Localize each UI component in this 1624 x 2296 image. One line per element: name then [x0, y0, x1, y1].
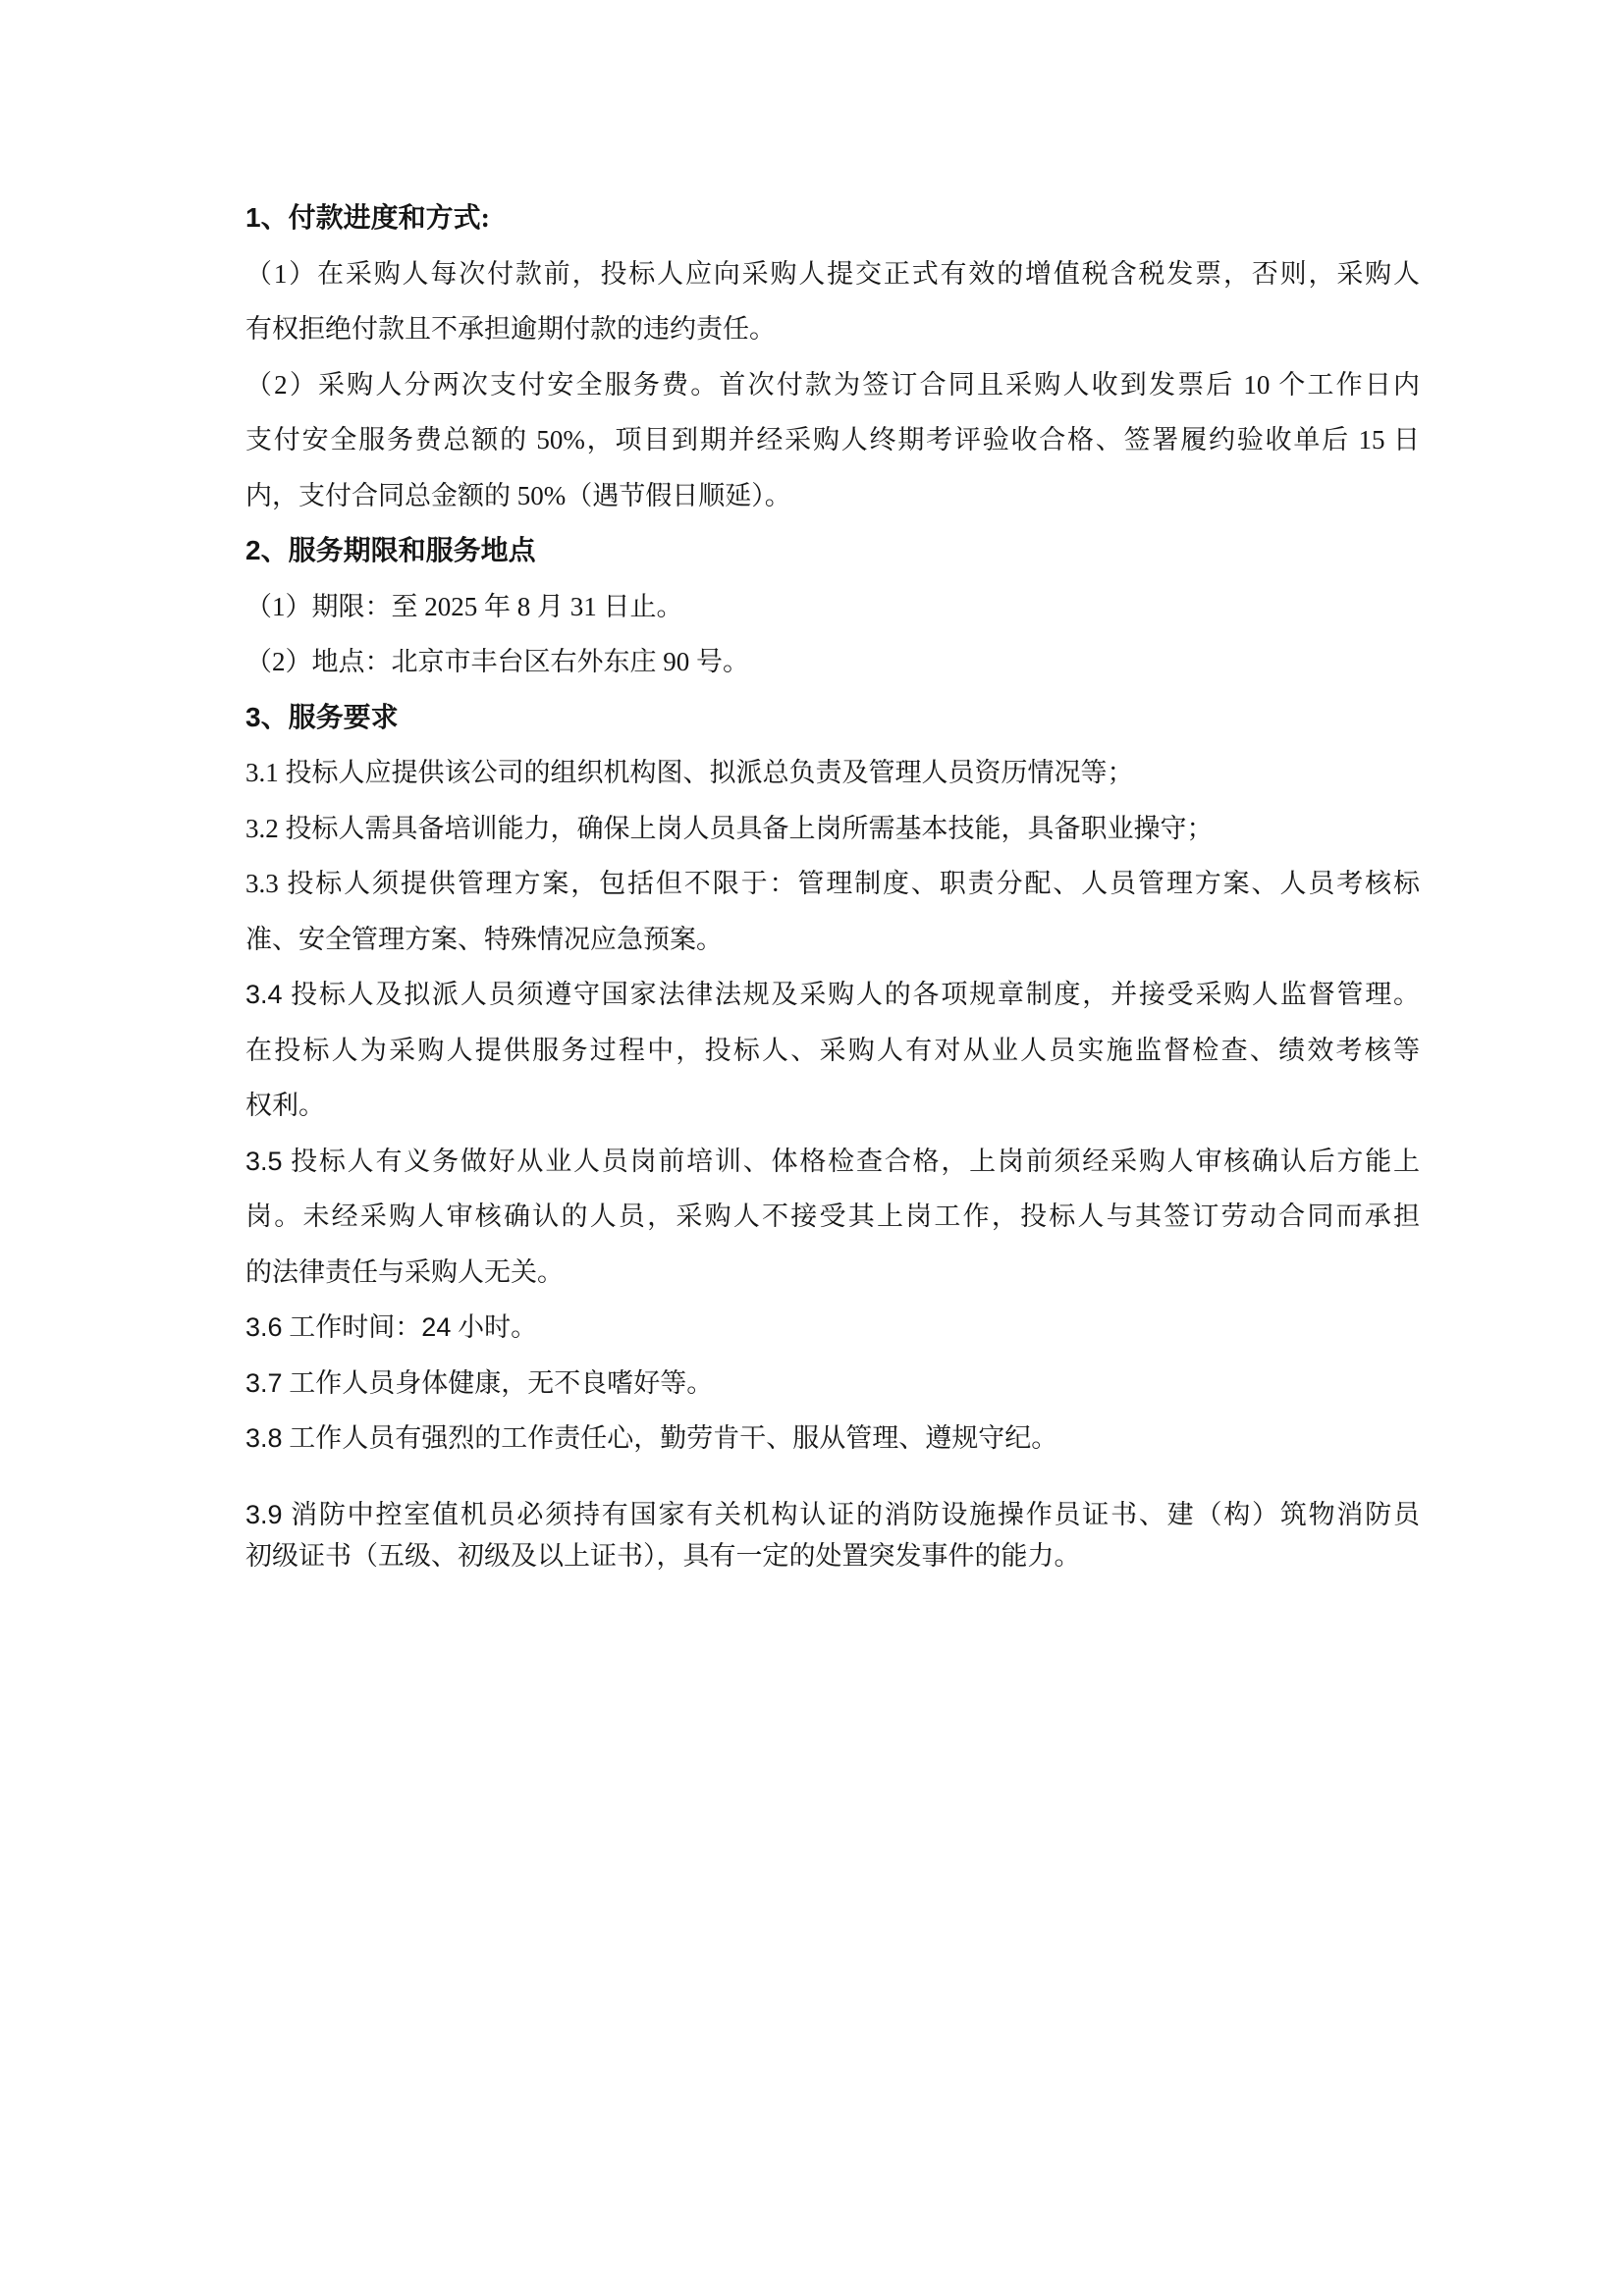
number-run: 2 [245, 535, 261, 565]
paragraph-line: （1）在采购人每次付款前，投标人应向采购人提交正式有效的增值税含税发票，否则，采… [245, 246, 1420, 302]
text-run: （1）期限：至 2025 年 8 月 31 日止。 [245, 592, 683, 621]
number-run: 3.9 [245, 1500, 283, 1529]
paragraph-line: 3.1 投标人应提供该公司的组织机构图、拟派总负责及管理人员资历情况等； [245, 745, 1420, 801]
heading-line: 3、服务要求 [245, 690, 1420, 746]
text-run: 3.3 投标人须提供管理方案，包括但不限于：管理制度、职责分配、人员管理方案、人… [245, 869, 1420, 898]
text-run: 的法律责任与采购人无关。 [245, 1257, 564, 1287]
para-3-3: 3.3 投标人须提供管理方案，包括但不限于：管理制度、职责分配、人员管理方案、人… [245, 856, 1420, 967]
text-run: 支付安全服务费总额的 50%，项目到期并经采购人终期考评验收合格、签署履约验收单… [245, 425, 1420, 454]
text-run: 初级证书（五级、初级及以上证书），具有一定的处置突发事件的能力。 [245, 1541, 1081, 1571]
paragraph-line: 支付安全服务费总额的 50%，项目到期并经采购人终期考评验收合格、签署履约验收单… [245, 412, 1420, 468]
paragraph-line: 3.3 投标人须提供管理方案，包括但不限于：管理制度、职责分配、人员管理方案、人… [245, 856, 1420, 912]
number-run: 3.7 [245, 1368, 283, 1398]
para-3-6: 3.6 工作时间：24 小时。 [245, 1300, 1420, 1356]
para-3-9: 3.9 消防中控室值机员必须持有国家有关机构认证的消防设施操作员证书、建（构）筑… [245, 1494, 1420, 1576]
text-run: （1）在采购人每次付款前，投标人应向采购人提交正式有效的增值税含税发票，否则，采… [245, 259, 1420, 289]
para-service-period: （1）期限：至 2025 年 8 月 31 日止。 [245, 579, 1420, 635]
text-run: 准、安全管理方案、特殊情况应急预案。 [245, 925, 723, 954]
text-run: 投标人有义务做好从业人员岗前培训、体格检查合格，上岗前须经采购人审核确认后方能上 [283, 1147, 1420, 1176]
paragraph-line: 的法律责任与采购人无关。 [245, 1245, 1420, 1301]
paragraph-line: （2）采购人分两次支付安全服务费。首次付款为签订合同且采购人收到发票后 10 个… [245, 357, 1420, 413]
para-payment-schedule: （2）采购人分两次支付安全服务费。首次付款为签订合同且采购人收到发票后 10 个… [245, 357, 1420, 524]
para-service-location: （2）地点：北京市丰台区右外东庄 90 号。 [245, 634, 1420, 690]
text-run: 、付款进度和方式: [261, 203, 490, 234]
heading-line: 2、服务期限和服务地点 [245, 523, 1420, 579]
paragraph-line: 3.5 投标人有义务做好从业人员岗前培训、体格检查合格，上岗前须经采购人审核确认… [245, 1134, 1420, 1190]
number-run: 3.8 [245, 1423, 283, 1453]
text-run: 、服务要求 [261, 703, 399, 733]
para-3-1: 3.1 投标人应提供该公司的组织机构图、拟派总负责及管理人员资历情况等； [245, 745, 1420, 801]
heading-line: 1、付款进度和方式: [245, 190, 1420, 246]
paragraph-line: 3.9 消防中控室值机员必须持有国家有关机构认证的消防设施操作员证书、建（构）筑… [245, 1494, 1420, 1535]
text-run: 工作人员身体健康，无不良嗜好等。 [283, 1368, 714, 1398]
paragraph-line: （2）地点：北京市丰台区右外东庄 90 号。 [245, 634, 1420, 690]
heading-payment-terms: 1、付款进度和方式: [245, 190, 1420, 246]
paragraph-line: 3.8 工作人员有强烈的工作责任心，勤劳肯干、服从管理、遵规守纪。 [245, 1411, 1420, 1467]
heading-service-period-location: 2、服务期限和服务地点 [245, 523, 1420, 579]
number-run: 3.6 [245, 1312, 283, 1342]
text-run: 内，支付合同总金额的 50%（遇节假日顺延）。 [245, 481, 791, 510]
text-run: 、服务期限和服务地点 [261, 536, 536, 566]
text-run: （2）地点：北京市丰台区右外东庄 90 号。 [245, 647, 749, 676]
paragraph-line: 有权拒绝付款且不承担逾期付款的违约责任。 [245, 301, 1420, 357]
text-run: 在投标人为采购人提供服务过程中，投标人、采购人有对从业人员实施监督检查、绩效考核… [245, 1036, 1420, 1065]
text-run: 消防中控室值机员必须持有国家有关机构认证的消防设施操作员证书、建（构）筑物消防员 [283, 1500, 1420, 1529]
para-3-8: 3.8 工作人员有强烈的工作责任心，勤劳肯干、服从管理、遵规守纪。 [245, 1411, 1420, 1467]
text-run: 岗。未经采购人审核确认的人员，采购人不接受其上岗工作，投标人与其签订劳动合同而承… [245, 1201, 1420, 1231]
text-run: 3.2 投标人需具备培训能力，确保上岗人员具备上岗所需基本技能，具备职业操守； [245, 814, 1214, 843]
paragraph-line: 3.4 投标人及拟派人员须遵守国家法律法规及采购人的各项规章制度，并接受采购人监… [245, 967, 1420, 1023]
text-run: 投标人及拟派人员须遵守国家法律法规及采购人的各项规章制度，并接受采购人监督管理。 [283, 980, 1420, 1009]
paragraph-line: 岗。未经采购人审核确认的人员，采购人不接受其上岗工作，投标人与其签订劳动合同而承… [245, 1189, 1420, 1245]
para-3-2: 3.2 投标人需具备培训能力，确保上岗人员具备上岗所需基本技能，具备职业操守； [245, 801, 1420, 857]
paragraph-line: 3.6 工作时间：24 小时。 [245, 1300, 1420, 1356]
text-run: 小时。 [451, 1312, 537, 1342]
paragraph-line: （1）期限：至 2025 年 8 月 31 日止。 [245, 579, 1420, 635]
document-page: 1、付款进度和方式:（1）在采购人每次付款前，投标人应向采购人提交正式有效的增值… [0, 0, 1624, 2296]
number-run: 24 [421, 1312, 451, 1342]
document-content: 1、付款进度和方式:（1）在采购人每次付款前，投标人应向采购人提交正式有效的增值… [245, 190, 1420, 1576]
para-3-7: 3.7 工作人员身体健康，无不良嗜好等。 [245, 1356, 1420, 1412]
text-run: 工作人员有强烈的工作责任心，勤劳肯干、服从管理、遵规守纪。 [283, 1423, 1058, 1453]
number-run: 3.5 [245, 1147, 283, 1176]
para-3-4: 3.4 投标人及拟派人员须遵守国家法律法规及采购人的各项规章制度，并接受采购人监… [245, 967, 1420, 1134]
paragraph-line: 内，支付合同总金额的 50%（遇节假日顺延）。 [245, 468, 1420, 524]
text-run: 权利。 [245, 1091, 325, 1120]
text-run: 3.1 投标人应提供该公司的组织机构图、拟派总负责及管理人员资历情况等； [245, 758, 1134, 787]
paragraph-line: 3.7 工作人员身体健康，无不良嗜好等。 [245, 1356, 1420, 1412]
paragraph-line: 3.2 投标人需具备培训能力，确保上岗人员具备上岗所需基本技能，具备职业操守； [245, 801, 1420, 857]
heading-service-requirements: 3、服务要求 [245, 690, 1420, 746]
text-run: 有权拒绝付款且不承担逾期付款的违约责任。 [245, 314, 776, 344]
text-run: 工作时间： [283, 1312, 422, 1342]
number-run: 1 [245, 202, 261, 233]
paragraph-line: 权利。 [245, 1078, 1420, 1134]
text-run: （2）采购人分两次支付安全服务费。首次付款为签订合同且采购人收到发票后 10 个… [245, 370, 1420, 400]
para-payment-invoice: （1）在采购人每次付款前，投标人应向采购人提交正式有效的增值税含税发票，否则，采… [245, 246, 1420, 357]
number-run: 3.4 [245, 980, 283, 1009]
paragraph-line: 准、安全管理方案、特殊情况应急预案。 [245, 912, 1420, 968]
paragraph-line: 初级证书（五级、初级及以上证书），具有一定的处置突发事件的能力。 [245, 1535, 1420, 1576]
paragraph-line: 在投标人为采购人提供服务过程中，投标人、采购人有对从业人员实施监督检查、绩效考核… [245, 1023, 1420, 1079]
number-run: 3 [245, 702, 261, 732]
para-3-5: 3.5 投标人有义务做好从业人员岗前培训、体格检查合格，上岗前须经采购人审核确认… [245, 1134, 1420, 1301]
